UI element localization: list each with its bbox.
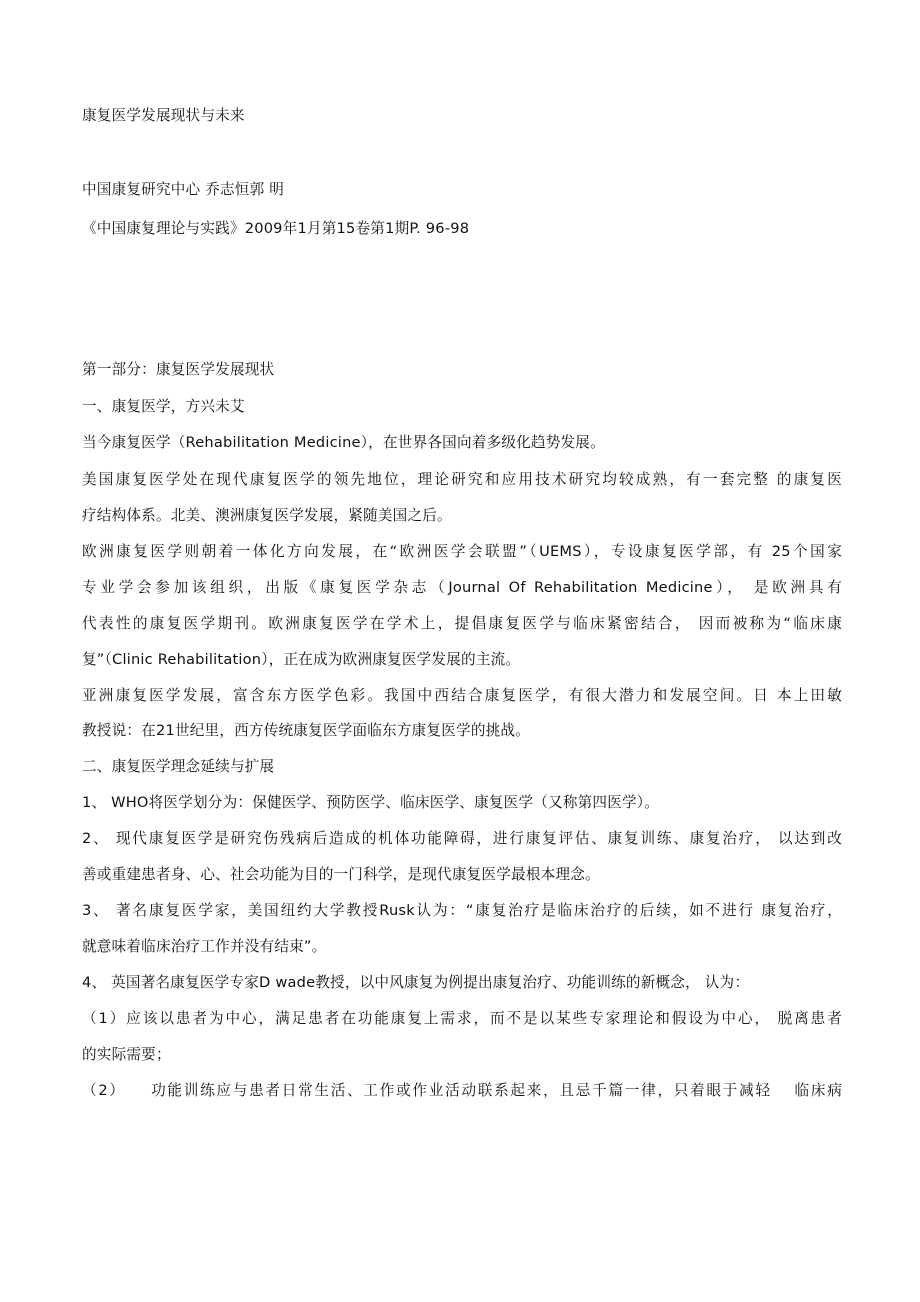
document-citation: 《中国康复理论与实践》2009年1月第15卷第1期P. 96-98 xyxy=(82,219,469,239)
document-authors: 中国康复研究中心 乔志恒郭 明 xyxy=(82,180,284,200)
sub-list-item: （2） 功能训练应与患者日常生活、工作或作业活动联系起来，且忌千篇一律，只着眼于… xyxy=(82,1081,842,1101)
section-heading: 第一部分：康复医学发展现状 xyxy=(82,360,274,380)
paragraph-line: 代表性的康复医学期刊。欧洲康复医学在学术上，提倡康复医学与临床紧密结合， 因而被… xyxy=(82,614,842,634)
subsection-heading: 一、康复医学，方兴未艾 xyxy=(82,397,245,417)
list-item-continuation: 就意味着临床治疗工作并没有结束”。 xyxy=(82,937,326,957)
list-item: 4、 英国著名康复医学专家D wade教授，以中风康复为例提出康复治疗、功能训练… xyxy=(82,973,749,993)
document-title: 康复医学发展现状与未来 xyxy=(82,106,245,126)
paragraph-line: 复”（Clinic Rehabilitation），正在成为欧洲康复医学发展的主… xyxy=(82,650,520,670)
paragraph-line: 疗结构体系。北美、澳洲康复医学发展，紧随美国之后。 xyxy=(82,506,452,526)
paragraph-line: 欧洲康复医学则朝着一体化方向发展，在“欧洲医学会联盟”（UEMS），专设康复医学… xyxy=(82,542,842,562)
list-item-continuation: 善或重建患者身、心、社会功能为目的一门科学，是现代康复医学最根本理念。 xyxy=(82,865,600,885)
list-item: 3、 著名康复医学家，美国纽约大学教授Rusk认为：“康复治疗是临床治疗的后续，… xyxy=(82,901,842,921)
list-item: 1、 WHO将医学划分为：保健医学、预防医学、临床医学、康复医学（又称第四医学）… xyxy=(82,793,659,813)
subsection-heading: 二、康复医学理念延续与扩展 xyxy=(82,757,274,777)
paragraph-line: 美国康复医学处在现代康复医学的领先地位，理论研究和应用技术研究均较成熟，有一套完… xyxy=(82,470,842,490)
list-item: 2、 现代康复医学是研究伤残病后造成的机体功能障碍，进行康复评估、康复训练、康复… xyxy=(82,829,842,849)
paragraph-line: 专业学会参加该组织，出版《康复医学杂志（Journal Of Rehabilit… xyxy=(82,578,842,598)
paragraph-line: 当今康复医学（Rehabilitation Medicine），在世界各国向着多… xyxy=(82,433,605,453)
sub-list-item-continuation: 的实际需要； xyxy=(82,1045,171,1065)
paragraph-line: 教授说：在21世纪里，西方传统康复医学面临东方康复医学的挑战。 xyxy=(82,721,530,741)
sub-list-item: （1）应该以患者为中心，满足患者在功能康复上需求，而不是以某些专家理论和假设为中… xyxy=(82,1009,842,1029)
paragraph-line: 亚洲康复医学发展，富含东方医学色彩。我国中西结合康复医学，有很大潜力和发展空间。… xyxy=(82,686,842,706)
